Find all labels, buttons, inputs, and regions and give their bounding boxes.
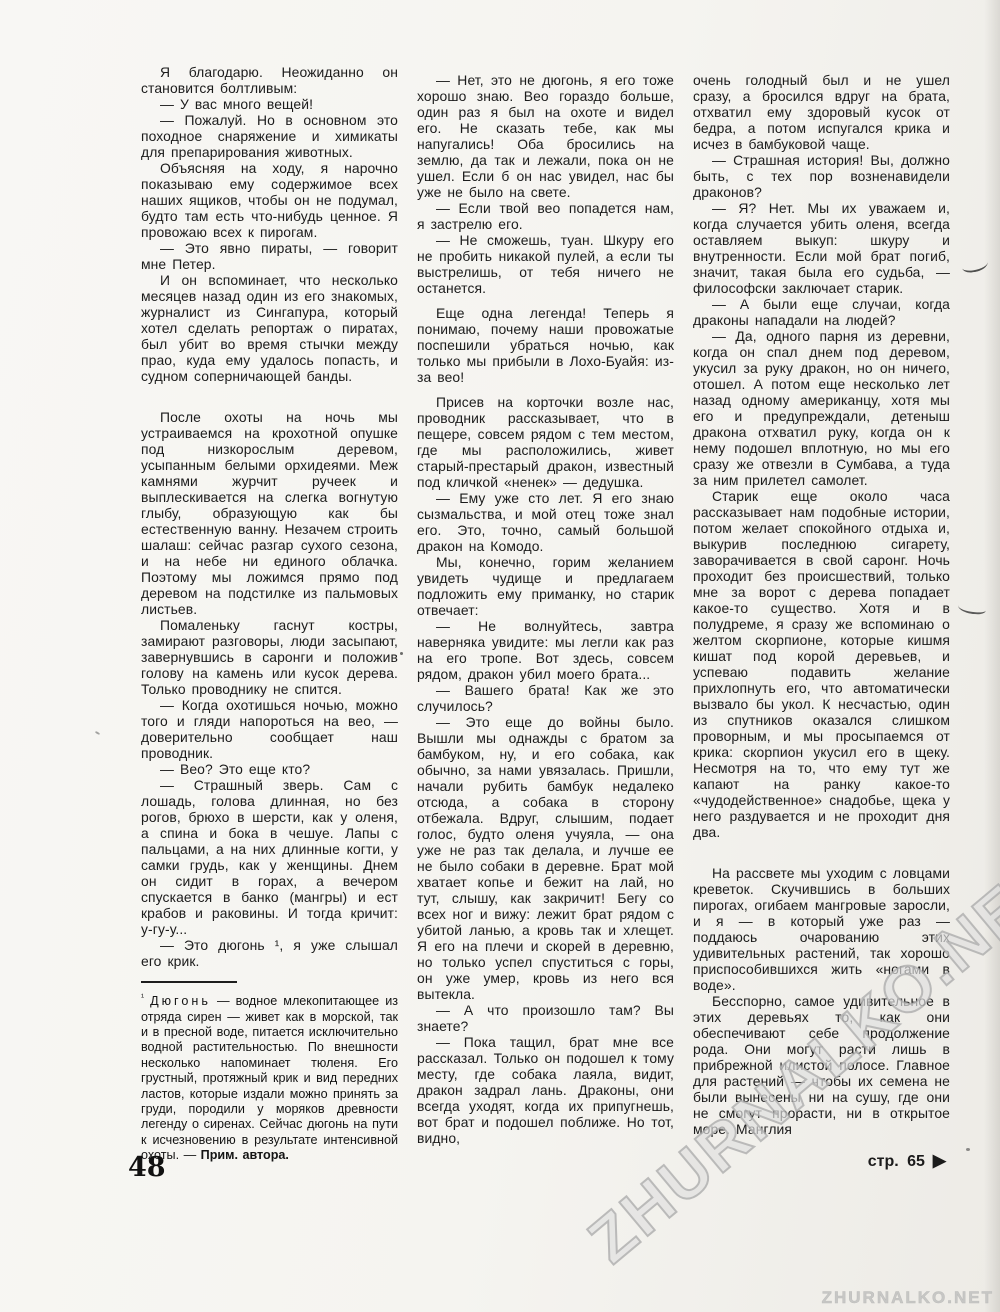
paragraph: Мы, конечно, горим желанием увидеть чуди… [417, 554, 674, 618]
paragraph: — Ему уже сто лет. Я его знаю сызмальств… [417, 490, 674, 554]
paragraph: После охоты на ночь мы устраиваемся на к… [141, 409, 398, 617]
paragraph: — Страшная история! Вы, должно быть, с т… [693, 152, 950, 200]
continuation-label: стр. 65 [868, 1153, 925, 1170]
paragraph: — Не сможешь, туан. Шкуру его не пробить… [417, 232, 674, 296]
paragraph: Еще одна легенда! Теперь я понимаю, поче… [417, 305, 674, 385]
footnote-marker: ¹ [141, 992, 144, 1002]
paragraph: Я благодарю. Неожиданно он становится бо… [141, 64, 398, 96]
paragraph: — А были еще случаи, когда драконы напад… [693, 296, 950, 328]
scan-artifact [95, 731, 100, 735]
paragraph: Присев на корточки возле нас, проводник … [417, 394, 674, 490]
paragraph: Помаленьку гаснут костры, замирают разго… [141, 617, 398, 697]
paragraph: — Это еще до войны было. Вышли мы однажд… [417, 714, 674, 1002]
page-edge-shadow [984, 0, 1000, 1312]
column-3: очень голодный был и не ушел сразу, а бр… [693, 64, 950, 1171]
continuation-note: стр. 65▶ [693, 1151, 946, 1171]
paragraph: — Нет, это не дюгонь, я его тоже хорошо … [417, 72, 674, 200]
column-1-paragraphs: Я благодарю. Неожиданно он становится бо… [141, 64, 398, 969]
scan-artifact [958, 601, 987, 615]
paragraph: — А что произошло там? Вы знаете? [417, 1002, 674, 1034]
paragraph: — Да, одного парня из деревни, когда он … [693, 328, 950, 488]
paragraph: — Это дюгонь ¹, я уже слышал его крик. [141, 937, 398, 969]
column-3-paragraphs: очень голодный был и не ушел сразу, а бр… [693, 72, 950, 1137]
paragraph: — Это явно пираты, — говорит мне Петер. [141, 240, 398, 272]
paragraph: На рассвете мы уходим с ловцами креветок… [693, 865, 950, 993]
paragraph: И он вспоминает, что несколько месяцев н… [141, 272, 398, 384]
paragraph: — Когда охотишься ночью, можно того и гл… [141, 697, 398, 761]
paragraph: Объясняя на ходу, я нарочно показываю ем… [141, 160, 398, 240]
paragraph: — Страшный зверь. Сам с лошадь, голова д… [141, 777, 398, 937]
column-2: — Нет, это не дюгонь, я его тоже хорошо … [417, 64, 674, 1171]
paragraph: Старик еще около часа рассказывает нам п… [693, 488, 950, 840]
paragraph: — Не волнуйтесь, завтра наверняка увидит… [417, 618, 674, 682]
footnote-body: — водное млекопитающее из отряда сирен —… [141, 994, 398, 1162]
page-number: 48 [128, 1152, 166, 1183]
paragraph: очень голодный был и не ушел сразу, а бр… [693, 72, 950, 152]
scan-artifact [966, 1148, 970, 1151]
paragraph: — Я? Нет. Мы их уважаем и, когда случает… [693, 200, 950, 296]
paragraph: — Пожалуй. Но в основном это походное сн… [141, 112, 398, 160]
footnote-term: Дюгонь [150, 994, 211, 1008]
article-text: Я благодарю. Неожиданно он становится бо… [141, 64, 950, 1171]
paragraph: — Пока тащил, брат мне все рассказал. То… [417, 1034, 674, 1146]
paragraph: — Вео? Это еще кто? [141, 761, 398, 777]
paragraph: — Если твой вео попадется нам, я застрел… [417, 200, 674, 232]
paragraph: — Вашего брата! Как же это случилось? [417, 682, 674, 714]
watermark-corner: ZHURNALKO.NET [822, 1288, 994, 1308]
magazine-page: Я благодарю. Неожиданно он становится бо… [0, 0, 1000, 1312]
paragraph: Бесспорно, самое удивительное в этих дер… [693, 993, 950, 1137]
footnote-text: ¹ Дюгонь — водное млекопитающее из отряд… [141, 990, 398, 1164]
column-2-paragraphs: — Нет, это не дюгонь, я его тоже хорошо … [417, 72, 674, 1146]
continuation-arrow-icon: ▶ [933, 1151, 946, 1170]
paragraph: — У вас много вещей! [141, 96, 398, 112]
footnote: ¹ Дюгонь — водное млекопитающее из отряд… [141, 981, 398, 1164]
footnote-rule [141, 981, 237, 983]
column-1: Я благодарю. Неожиданно он становится бо… [141, 64, 398, 1171]
footnote-attribution: Прим. автора. [201, 1148, 289, 1162]
